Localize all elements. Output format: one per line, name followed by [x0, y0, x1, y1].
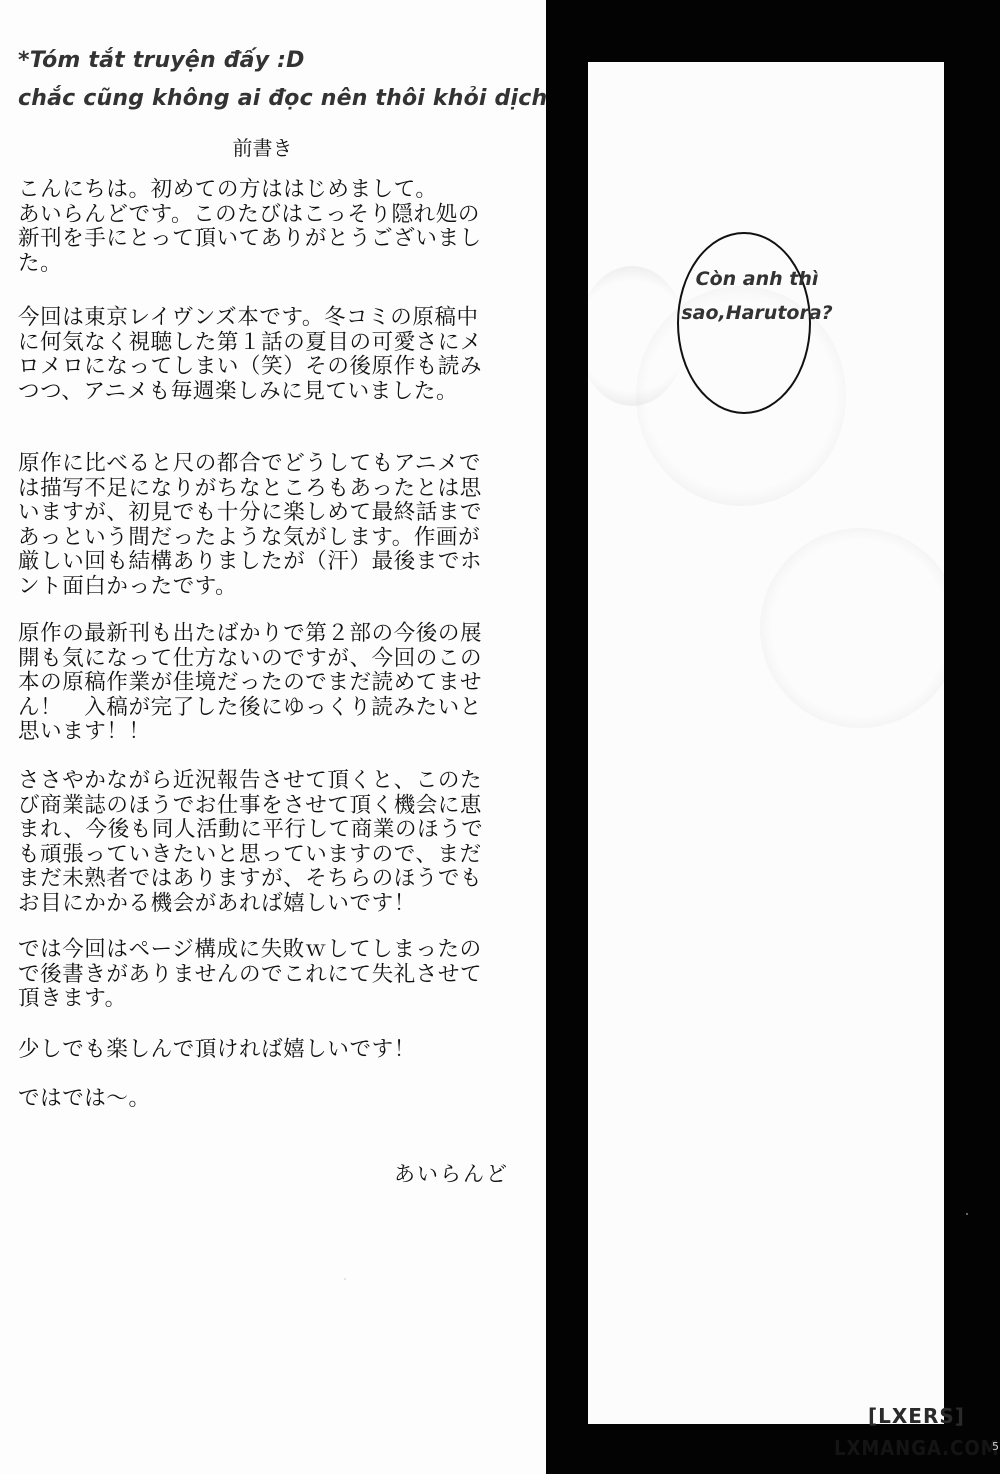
text-line: 頂きます。: [18, 987, 518, 1012]
text-line: で後書きがありませんのでこれにて失礼させて: [18, 963, 518, 988]
scan-speck: [966, 1213, 968, 1215]
text-line: こんにちは。初めての方ははじめまして。: [18, 178, 518, 203]
left-page: *Tóm tắt truyện đấy :D chắc cũng không a…: [0, 0, 546, 1474]
afterword-paragraph-1: こんにちは。初めての方ははじめまして。 あいらんどです。このたびはこっそり隠れ処…: [18, 178, 518, 276]
text-line: いますが、初見でも十分に楽しめて最終話まで: [18, 501, 518, 526]
afterword-heading: 前書き: [0, 132, 525, 161]
afterword-paragraph-5: ささやかながら近況報告させて頂くと、このた び商業誌のほうでお仕事をさせて頂く機…: [18, 769, 518, 916]
page-number: 5: [992, 1440, 999, 1453]
text-line: は描写不足になりがちなところもあったとは思: [18, 477, 518, 502]
text-line: まだ未熟者ではありますが、そちらのほうでも: [18, 867, 518, 892]
text-line: 少しでも楽しんで頂ければ嬉しいです！: [18, 1038, 518, 1063]
text-line: まれ、今後も同人活動に平行して商業のほうで: [18, 818, 518, 843]
afterword-paragraph-7: 少しでも楽しんで頂ければ嬉しいです！: [18, 1038, 518, 1063]
text-line: つつ、アニメも毎週楽しみに見ていました。: [18, 380, 518, 405]
text-line: 思います！！: [18, 720, 518, 745]
text-line: ロメロになってしまい（笑）その後原作も読み: [18, 355, 518, 380]
scanlation-group-watermark: [LXERS]: [868, 1404, 965, 1428]
text-line: 原作に比べると尺の都合でどうしてもアニメで: [18, 452, 518, 477]
afterword-paragraph-2: 今回は東京レイヴンズ本です。冬コミの原稿中 に何気なく視聴した第１話の夏目の可愛…: [18, 306, 518, 404]
text-line: あっという間だったような気がします。作画が: [18, 526, 518, 551]
afterword-paragraph-8: ではでは～。: [18, 1087, 518, 1112]
text-line: ント面白かったです。: [18, 575, 518, 600]
text-line: お目にかかる機会があれば嬉しいです！: [18, 892, 518, 917]
text-line: に何気なく視聴した第１話の夏目の可愛さにメ: [18, 331, 518, 356]
translator-note-line: *Tóm tắt truyện đấy :D: [18, 42, 547, 80]
text-line: 新刊を手にとって頂いてありがとうございまし: [18, 227, 518, 252]
text-line: も頑張っていきたいと思っていますので、まだ: [18, 843, 518, 868]
author-signature: あいらんど: [394, 1158, 509, 1188]
text-line: た。: [18, 252, 518, 277]
translator-note-line: chắc cũng không ai đọc nên thôi khỏi dịc…: [18, 80, 547, 118]
text-line: 本の原稿作業が佳境だったのでまだ読めてませ: [18, 671, 518, 696]
text-line: ではでは～。: [18, 1087, 518, 1112]
decorative-bubble: [760, 528, 944, 728]
text-line: 今回は東京レイヴンズ本です。冬コミの原稿中: [18, 306, 518, 331]
translator-note: *Tóm tắt truyện đấy :D chắc cũng không a…: [18, 42, 547, 118]
afterword-paragraph-6: では今回はページ構成に失敗ｗしてしまったの で後書きがありませんのでこれにて失礼…: [18, 938, 518, 1012]
text-line: 原作の最新刊も出たばかりで第２部の今後の展: [18, 622, 518, 647]
text-line: あいらんどです。このたびはこっそり隠れ処の: [18, 203, 518, 228]
scan-speck: [344, 1278, 346, 1280]
afterword-paragraph-3: 原作に比べると尺の都合でどうしてもアニメで は描写不足になりがちなところもあった…: [18, 452, 518, 599]
text-line: 開も気になって仕方ないのですが、今回のこの: [18, 647, 518, 672]
text-line: び商業誌のほうでお仕事をさせて頂く機会に恵: [18, 794, 518, 819]
text-line: 厳しい回も結構ありましたが（汗）最後までホ: [18, 550, 518, 575]
speech-line: Còn anh thì: [672, 262, 842, 296]
text-line: では今回はページ構成に失敗ｗしてしまったの: [18, 938, 518, 963]
site-watermark: LXMANGA.COM: [834, 1436, 1000, 1460]
speech-line: sao,Harutora?: [672, 296, 842, 330]
text-line: ささやかながら近況報告させて頂くと、このた: [18, 769, 518, 794]
speech-bubble-text: Còn anh thì sao,Harutora?: [672, 262, 842, 330]
text-line: ん！ 入稿が完了した後にゆっくり読みたいと: [18, 696, 518, 721]
afterword-paragraph-4: 原作の最新刊も出たばかりで第２部の今後の展 開も気になって仕方ないのですが、今回…: [18, 622, 518, 745]
